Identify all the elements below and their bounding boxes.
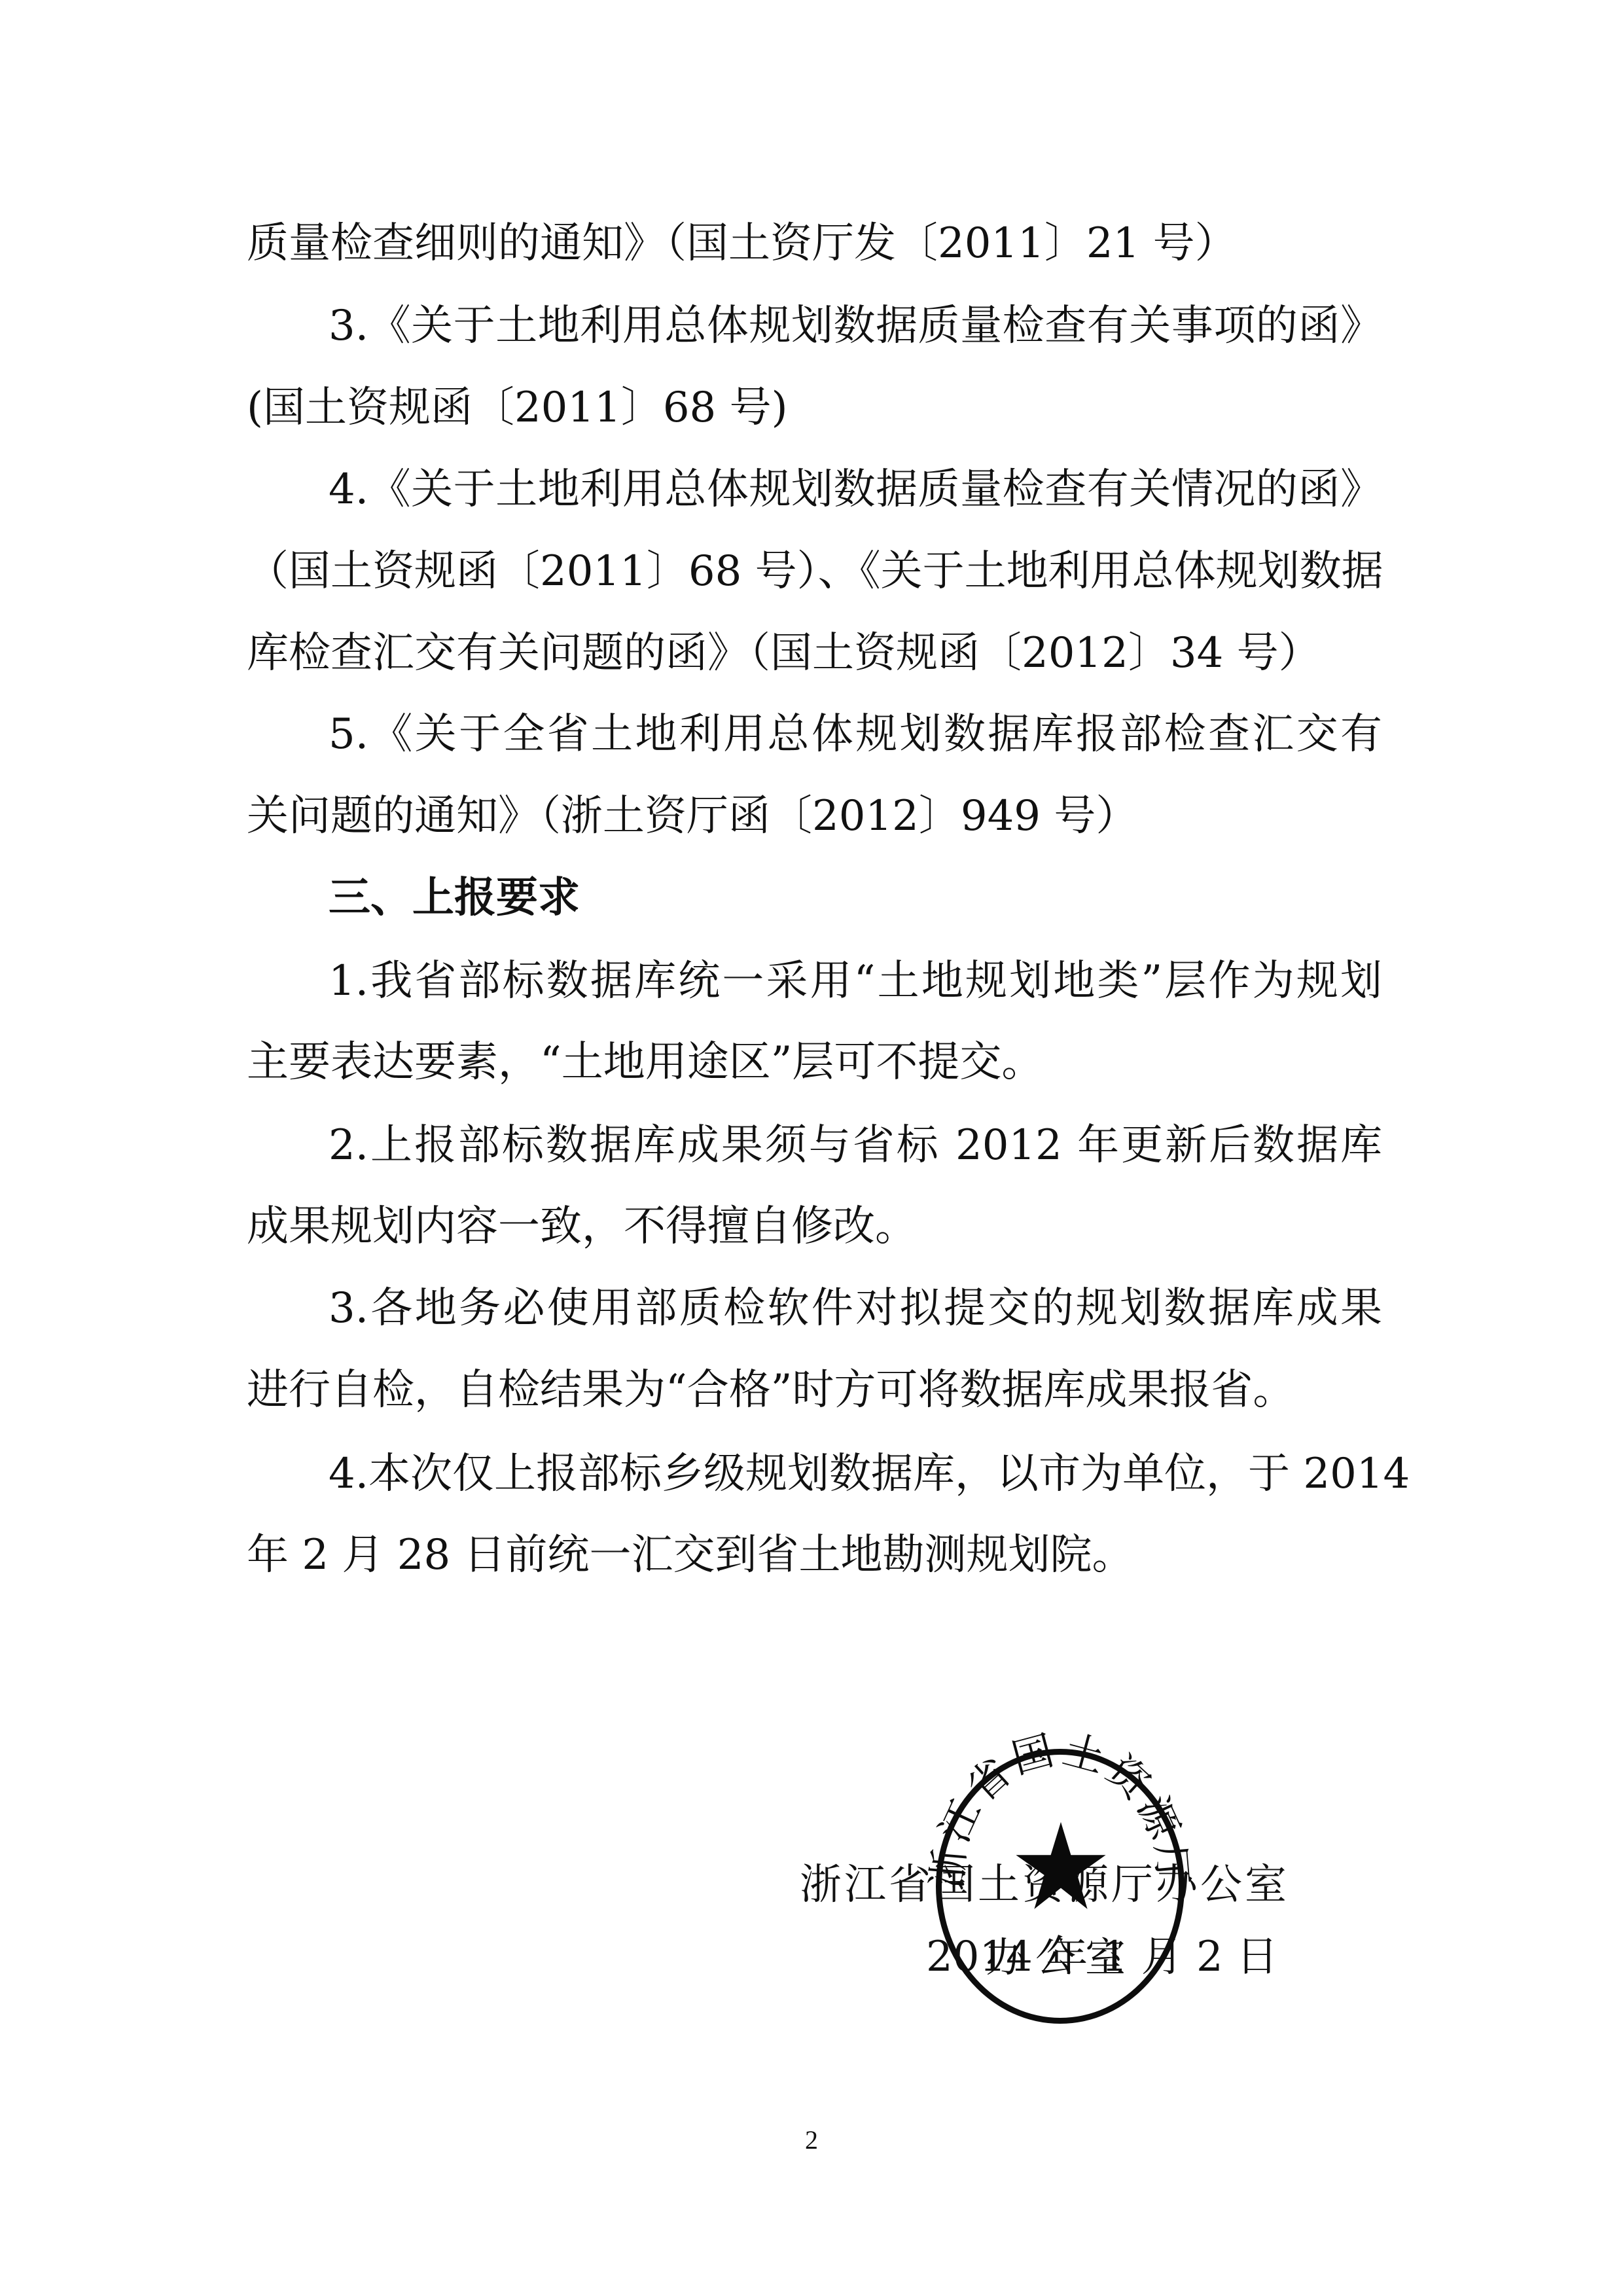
- reference-4: 4.《关于土地利用总体规划数据质量检查有关情况的函》: [329, 449, 1382, 531]
- requirement-2-continued: 成果规划内容一致，不得擅自修改。: [247, 1186, 1382, 1268]
- reference-2-continued: 质量检查细则的通知》（国土资厅发〔2011〕21 号）: [247, 203, 1382, 285]
- reference-3: 3.《关于土地利用总体规划数据质量检查有关事项的函》: [329, 285, 1382, 367]
- seal-bottom-text: 办公室: [942, 1935, 1179, 1981]
- requirement-4: 4.本次仅上报部标乡级规划数据库，以市为单位，于 2014: [329, 1433, 1382, 1515]
- reference-4-continued: （国土资规函〔2011〕68 号）、《关于土地利用总体规划数据: [247, 531, 1382, 613]
- requirement-4-continued: 年 2 月 28 日前统一汇交到省土地勘测规划院。: [247, 1515, 1382, 1596]
- requirement-2: 2.上报部标数据库成果须与省标 2012 年更新后数据库: [329, 1105, 1382, 1187]
- requirement-3-continued: 进行自检，自检结果为“合格”时方可将数据库成果报省。: [247, 1350, 1382, 1431]
- page-number: 2: [0, 2121, 1623, 2160]
- requirement-3: 3.各地务必使用部质检软件对拟提交的规划数据库成果: [329, 1268, 1382, 1350]
- reference-3-continued: (国土资规函〔2011〕68 号): [247, 367, 1382, 449]
- reference-4-continued-2: 库检查汇交有关问题的函》（国土资规函〔2012〕34 号）: [247, 613, 1382, 694]
- reference-5: 5.《关于全省土地利用总体规划数据库报部检查汇交有: [329, 694, 1382, 776]
- section-heading: 三、上报要求: [329, 857, 580, 939]
- document-page: 质量检查细则的通知》（国土资厅发〔2011〕21 号） 3.《关于土地利用总体规…: [0, 0, 1623, 2296]
- requirement-1-continued: 主要表达要素，“土地用途区”层可不提交。: [247, 1022, 1382, 1103]
- star-icon: [1015, 1820, 1107, 1912]
- reference-5-continued: 关问题的通知》（浙土资厅函〔2012〕949 号）: [247, 776, 1382, 857]
- requirement-1: 1.我省部标数据库统一采用“土地规划地类”层作为规划: [329, 941, 1382, 1022]
- official-seal: 浙江省国土资源厅 办公室: [936, 1749, 1185, 2024]
